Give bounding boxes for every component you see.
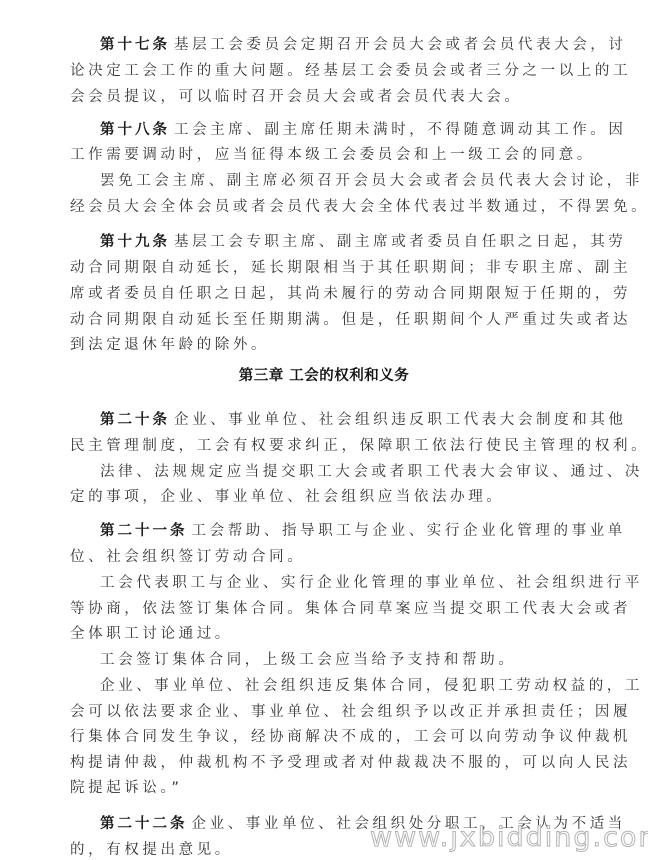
article-20-line-3: 法律、法规规定应当提交职工大会或者职工代表大会审议、通过、决 <box>100 462 643 482</box>
article-20-line-1: 第二十条企业、事业单位、社会组织违反职工代表大会制度和其他 <box>100 410 627 430</box>
article-21-line-11: 院提起诉讼。” <box>70 778 182 798</box>
article-20-heading: 第二十条 <box>100 412 170 428</box>
article-21-line-10: 构提请仲裁，仲裁机构不予受理或者对仲裁裁决不服的，可以向人民法 <box>70 753 631 773</box>
article-18-line-1: 第十八条工会主席、副主席任期未满时，不得随意调动其工作。因 <box>100 120 627 140</box>
article-22-line-2: 的，有权提出意见。 <box>70 840 233 860</box>
article-22-heading: 第二十二条 <box>100 816 188 832</box>
article-19-line-5: 到法定退休年龄的除外。 <box>70 335 269 355</box>
article-21-line-4: 等协商，依法签订集体合同。集体合同草案应当提交职工代表大会或者 <box>70 599 631 619</box>
article-19-line-1: 第十九条基层工会专职主席、副主席或者委员自任职之日起，其劳 <box>100 232 627 252</box>
article-17-line-1: 第十七条基层工会委员会定期召开会员大会或者会员代表大会，讨 <box>100 35 627 55</box>
article-18-line-2: 工作需要调动时，应当征得本级工会委员会和上一级工会的同意。 <box>70 145 595 165</box>
article-20-line-4: 定的事项，企业、事业单位、社会组织应当依法办理。 <box>70 487 504 507</box>
article-17-line-3: 会会员提议，可以临时召开会员大会或者会员代表大会。 <box>70 87 523 107</box>
article-19-line-2: 动合同期限自动延长，延长期限相当于其任职期间；非专职主席、副主 <box>70 258 631 278</box>
article-18-line-4: 经会员大会全体会员或者会员代表大会全体代表过半数通过，不得罢免。 <box>70 197 648 217</box>
article-21-line-8: 会可以依法要求企业、事业单位、社会组织予以改正并承担责任；因履 <box>70 702 631 722</box>
article-21-line-3: 工会代表职工与企业、实行企业化管理的事业单位、社会组织进行平 <box>100 573 643 593</box>
article-21-line-9: 行集体合同发生争议，经协商解决不成的，工会可以向劳动争议仲裁机 <box>70 727 631 747</box>
article-21-line-5: 全体职工讨论通过。 <box>70 624 233 644</box>
article-18-heading: 第十八条 <box>100 122 170 138</box>
article-21-line-2: 位、社会组织签订劳动合同。 <box>70 547 305 567</box>
article-21-heading: 第二十一条 <box>100 523 188 539</box>
article-21-line-1: 第二十一条工会帮助、指导职工与企业、实行企业化管理的事业单 <box>100 521 626 541</box>
article-17-line-2: 论决定工会工作的重大问题。经基层工会委员会或者三分之一以上的工 <box>70 61 631 81</box>
article-21-line-6: 工会签订集体合同，上级工会应当给予支持和帮助。 <box>100 650 516 670</box>
article-20-line-2: 民主管理制度，工会有权要求纠正，保障职工依法行使民主管理的权利。 <box>70 436 648 456</box>
article-18-line-3: 罢免工会主席、副主席必须召开会员大会或者会员代表大会讨论，非 <box>100 171 643 191</box>
article-21-line-7: 企业、事业单位、社会组织违反集体合同，侵犯职工劳动权益的，工 <box>100 676 643 696</box>
site-watermark: www.jxbidding.com <box>370 822 648 853</box>
article-19-heading: 第十九条 <box>100 234 170 250</box>
article-17-heading: 第十七条 <box>100 37 170 53</box>
chapter-title: 第三章 工会的权利和义务 <box>70 364 578 385</box>
article-19-line-3: 席或者委员自任职之日起，其尚未履行的劳动合同期限短于任期的，劳 <box>70 284 631 304</box>
article-19-line-4: 动合同期限自动延长至任期期满。但是，任职期间个人严重过失或者达 <box>70 310 631 330</box>
